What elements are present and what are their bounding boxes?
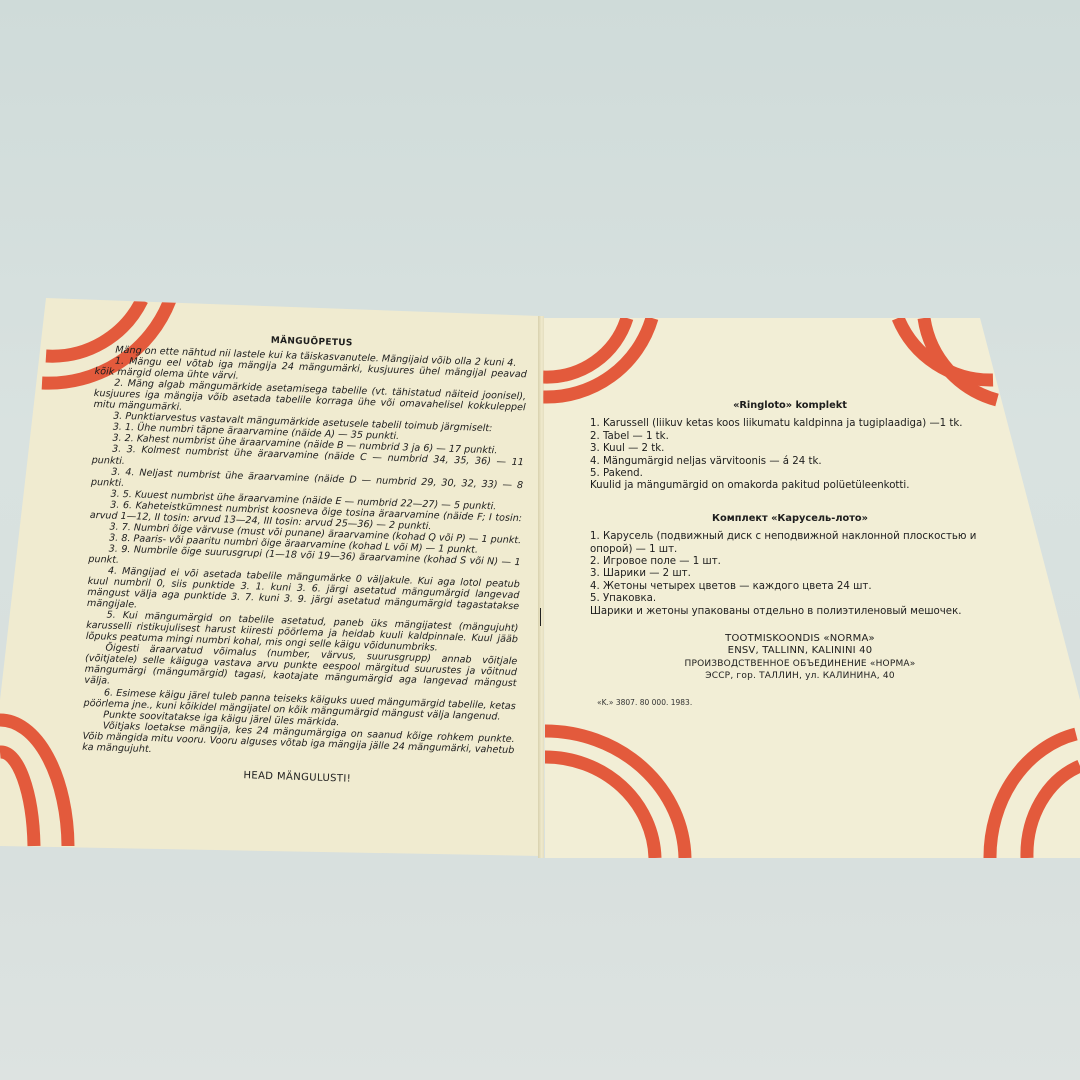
- list-item: 3. Kuul — 2 tk.: [590, 443, 990, 455]
- manufacturer-line-1: TOOTMISKOONDIS «NORMA»: [600, 633, 1000, 645]
- estonian-note: Kuulid ja mängumärgid on omakorda pakitu…: [590, 480, 990, 492]
- estonian-items: 1. Karussell (liikuv ketas koos liikumat…: [590, 418, 990, 480]
- list-item: 4. Жетоны четырех цветов — каждого цвета…: [590, 581, 990, 593]
- section-title-estonian: «Ringloto» komplekt: [590, 400, 990, 412]
- list-item: 2. Игровое поле — 1 шт.: [590, 556, 990, 568]
- manufacturer-line-4: ЭССР, гор. ТАЛЛИН, ул. КАЛИНИНА, 40: [600, 670, 1000, 682]
- print-imprint: «K.» 3807. 80 000. 1983.: [597, 698, 692, 707]
- manufacturer-line-3: ПРОИЗВОДСТВЕННОЕ ОБЪЕДИНЕНИЕ «НОРМА»: [600, 658, 1000, 670]
- manufacturer-line-2: ENSV, TALLINN, KALININI 40: [600, 645, 1000, 657]
- list-item: 4. Mängumärgid neljas värvitoonis — á 24…: [590, 456, 990, 468]
- section-title-russian: Комплект «Карусель-лото»: [590, 513, 990, 525]
- list-item: 1. Karussell (liikuv ketas koos liikumat…: [590, 418, 990, 430]
- russian-items: 1. Карусель (подвижный диск с неподвижно…: [590, 531, 990, 605]
- list-item: 1. Карусель (подвижный диск с неподвижно…: [590, 531, 990, 556]
- list-item: 2. Tabel — 1 tk.: [590, 431, 990, 443]
- spine-staple-mark: [540, 608, 541, 626]
- list-item: 5. Pakend.: [590, 468, 990, 480]
- list-item: 5. Упаковка.: [590, 593, 990, 605]
- manufacturer-block: TOOTMISKOONDIS «NORMA» ENSV, TALLINN, KA…: [600, 633, 1000, 683]
- booklet-spine: [538, 316, 544, 858]
- list-item: 3. Шарики — 2 шт.: [590, 568, 990, 580]
- russian-note: Шарики и жетоны упакованы отдельно в пол…: [590, 606, 990, 618]
- instructions-text: MÄNGUÕPETUS Mäng on ette nähtud nii last…: [81, 330, 528, 790]
- contents-list: «Ringloto» komplekt 1. Karussell (liikuv…: [590, 400, 990, 618]
